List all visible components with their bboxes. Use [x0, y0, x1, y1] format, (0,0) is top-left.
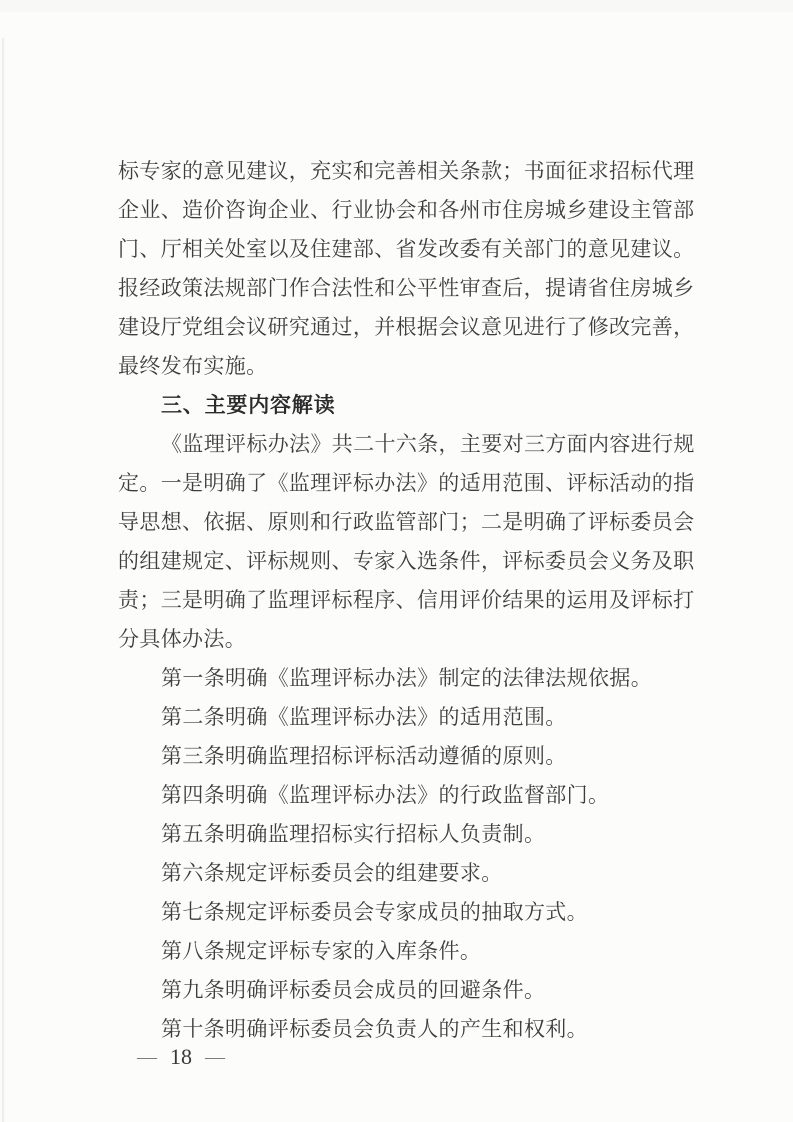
body-text-line: 报经政策法规部门作合法性和公平性审查后，提请省住房城乡: [118, 269, 694, 308]
clause-list-item: 第七条规定评标委员会专家成员的抽取方式。: [118, 893, 694, 932]
clause-list-item: 第九条明确评标委员会成员的回避条件。: [118, 971, 694, 1010]
clause-list-item: 第三条明确监理招标评标活动遵循的原则。: [118, 737, 694, 776]
clause-list-item: 第五条明确监理招标实行招标人负责制。: [118, 815, 694, 854]
document-body: 标专家的意见建议，充实和完善相关条款；书面征求招标代理企业、造价咨询企业、行业协…: [118, 152, 694, 1049]
body-text-line: 定。一是明确了《监理评标办法》的适用范围、评标活动的指: [118, 464, 694, 503]
document-page: 标专家的意见建议，充实和完善相关条款；书面征求招标代理企业、造价咨询企业、行业协…: [0, 0, 793, 1122]
footer-dash-right: —: [205, 1042, 225, 1072]
body-text-line: 最终发布实施。: [118, 347, 694, 386]
body-text-line: 企业、造价咨询企业、行业协会和各州市住房城乡建设主管部: [118, 191, 694, 230]
body-text-line: 建设厅党组会议研究通过，并根据会议意见进行了修改完善，: [118, 308, 694, 347]
body-text-line: 导思想、依据、原则和行政监管部门；二是明确了评标委员会: [118, 503, 694, 542]
section-heading: 三、主要内容解读: [118, 386, 694, 425]
clause-list-item: 第八条规定评标专家的入库条件。: [118, 932, 694, 971]
scan-edge-artifact: [2, 38, 4, 1122]
body-text-line: 门、厅相关处室以及住建部、省发改委有关部门的意见建议。: [118, 230, 694, 269]
footer-dash-left: —: [137, 1042, 157, 1072]
body-text-line: 《监理评标办法》共二十六条，主要对三方面内容进行规: [118, 425, 694, 464]
body-text-line: 的组建规定、评标规则、专家入选条件，评标委员会义务及职: [118, 542, 694, 581]
clause-list-item: 第二条明确《监理评标办法》的适用范围。: [118, 698, 694, 737]
body-text-line: 分具体办法。: [118, 620, 694, 659]
clause-list-item: 第六条规定评标委员会的组建要求。: [118, 854, 694, 893]
page-footer: — 18 —: [137, 1042, 225, 1072]
body-text-line: 责；三是明确了监理评标程序、信用评价结果的运用及评标打: [118, 581, 694, 620]
clause-list-item: 第四条明确《监理评标办法》的行政监督部门。: [118, 776, 694, 815]
page-number: 18: [170, 1042, 192, 1072]
body-text-line: 标专家的意见建议，充实和完善相关条款；书面征求招标代理: [118, 152, 694, 191]
clause-list-item: 第一条明确《监理评标办法》制定的法律法规依据。: [118, 659, 694, 698]
